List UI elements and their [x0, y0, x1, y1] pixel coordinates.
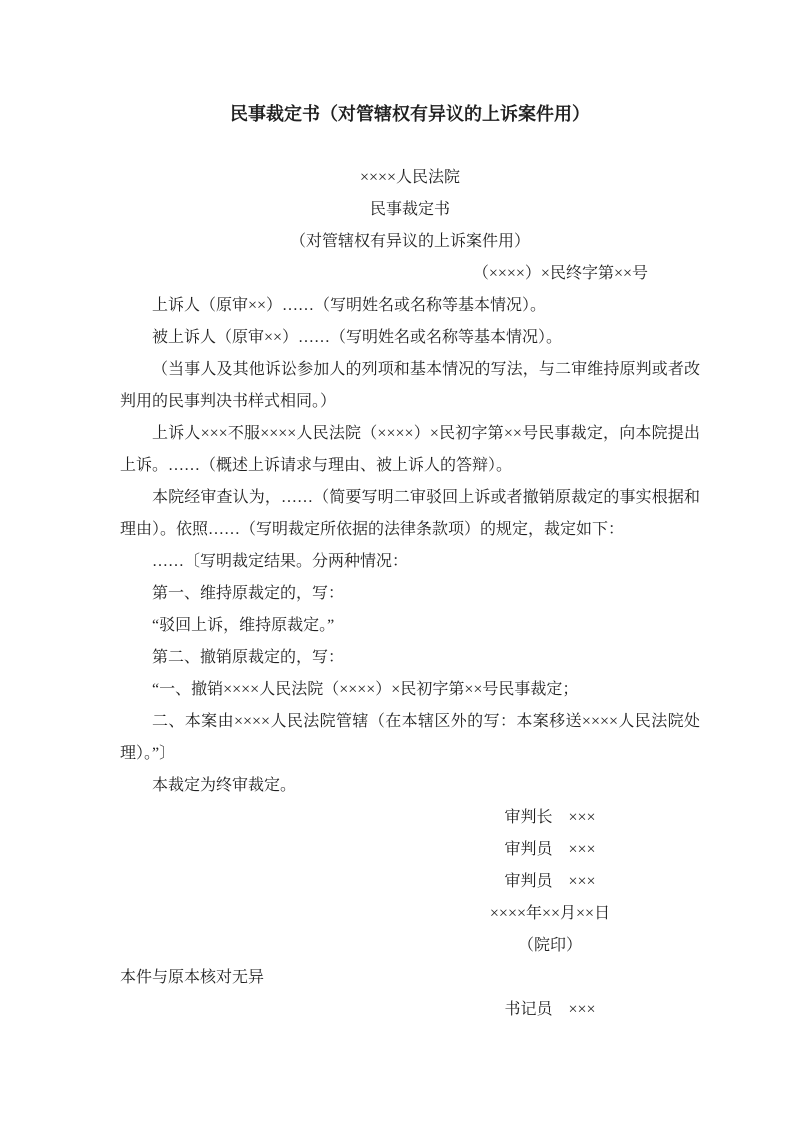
paragraph-case-one-label: 第一、维持原裁定的，写： — [120, 578, 700, 610]
presiding-judge-line: 审判长 ××× — [420, 802, 680, 834]
clerk-line: 书记员 ××× — [420, 994, 680, 1026]
paragraph-parties-note: （当事人及其他诉讼参加人的列项和基本情况的写法，与二审维持原判或者改判用的民事判… — [120, 354, 700, 418]
paragraph-appeal-summary: 上诉人×××不服××××人民法院（××××）×民初字第××号民事裁定，向本院提出… — [120, 418, 700, 482]
judge-line-1: 审判员 ××× — [420, 834, 680, 866]
paragraph-appellant: 上诉人（原审××）……（写明姓名或名称等基本情况）。 — [120, 290, 700, 322]
paragraph-final-ruling: 本裁定为终审裁定。 — [120, 770, 700, 802]
court-name-line: ××××人民法院 — [120, 162, 700, 194]
paragraph-appellee: 被上诉人（原审××）……（写明姓名或名称等基本情况）。 — [120, 322, 700, 354]
document-type-line: 民事裁定书 — [120, 194, 700, 226]
judge-line-2: 审判员 ××× — [420, 866, 680, 898]
paragraph-case-one-text: “驳回上诉，维持原裁定。” — [120, 610, 700, 642]
paragraph-court-review: 本院经审查认为，……（简要写明二审驳回上诉或者撤销原裁定的事实根据和理由）。依照… — [120, 482, 700, 546]
paragraph-ruling-result-note: ……〔写明裁定结果。分两种情况： — [120, 546, 700, 578]
court-seal-placeholder: （院印） — [420, 930, 680, 962]
verification-note: 本件与原本核对无异 — [120, 962, 700, 994]
case-number: （××××）×民终字第××号 — [120, 258, 700, 290]
paragraph-case-two-label: 第二、撤销原裁定的，写： — [120, 642, 700, 674]
document-subtype-line: （对管辖权有异议的上诉案件用） — [120, 226, 700, 258]
paragraph-case-two-item-two: 二、本案由××××人民法院管辖（在本辖区外的写：本案移送××××人民法院处理）。… — [120, 706, 700, 770]
clerk-block: 书记员 ××× — [420, 994, 680, 1026]
date-line: ××××年××月××日 — [420, 898, 680, 930]
document-page: 民事裁定书（对管辖权有异议的上诉案件用） ××××人民法院 民事裁定书 （对管辖… — [0, 0, 800, 1132]
paragraph-case-two-item-one: “一、撤销××××人民法院（××××）×民初字第××号民事裁定； — [120, 674, 700, 706]
signature-block: 审判长 ××× 审判员 ××× 审判员 ××× ××××年××月××日 （院印） — [420, 802, 680, 962]
document-title: 民事裁定书（对管辖权有异议的上诉案件用） — [120, 100, 700, 128]
